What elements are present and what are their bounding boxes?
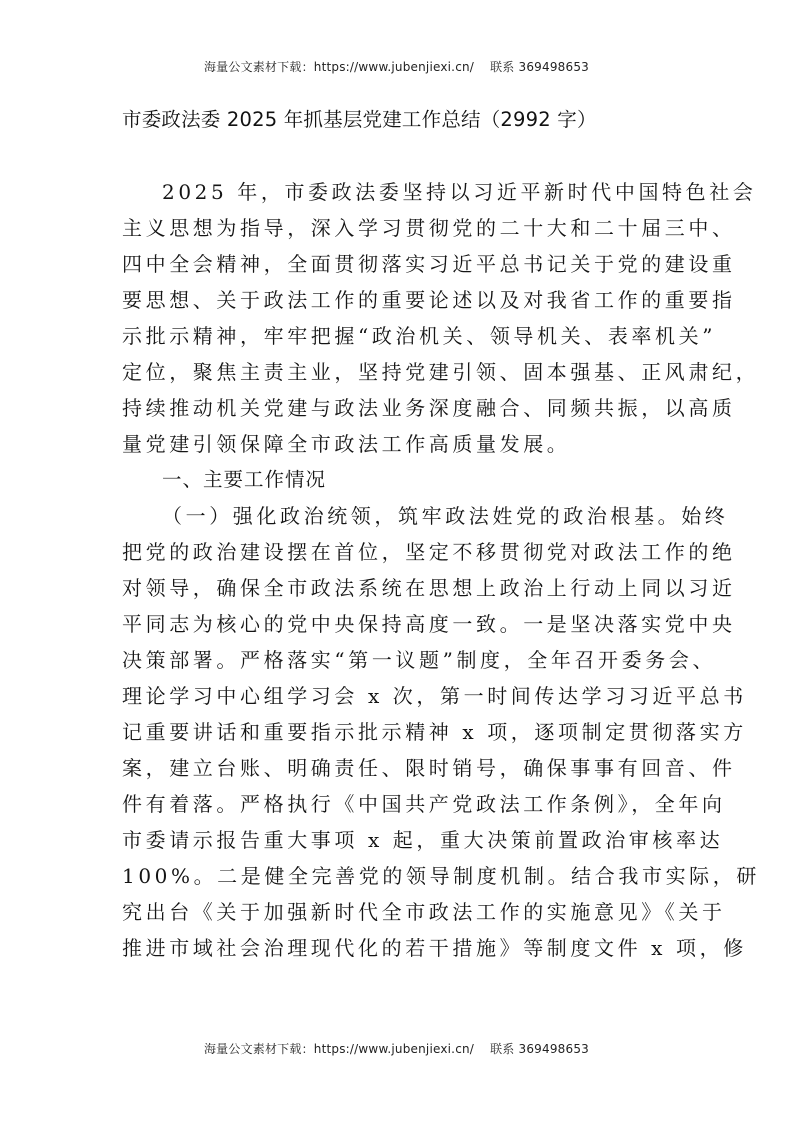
document-body: 2025 年，市委政法委坚持以习近平新时代中国特色社会 主义思想为指导，深入学习… (122, 174, 674, 966)
body-line: 究出台《关于加强新时代全市政法工作的实施意见》《关于 (122, 894, 674, 930)
body-line: 主义思想为指导，深入学习贯彻党的二十大和二十届三中、 (122, 210, 674, 246)
section-heading: 一、主要工作情况 (122, 462, 674, 498)
document-title: 市委政法委 2025 年抓基层党建工作总结（2992 字） (122, 104, 597, 132)
footer-contact-number: 369498653 (518, 1042, 589, 1056)
body-line: 案，建立台账、明确责任、限时销号，确保事事有回音、件 (122, 750, 674, 786)
body-line: （一）强化政治统领，筑牢政法姓党的政治根基。始终 (122, 498, 674, 534)
body-line: 100%。二是健全完善党的领导制度机制。结合我市实际，研 (122, 858, 674, 894)
body-line: 件有着落。严格执行《中国共产党政法工作条例》，全年向 (122, 786, 674, 822)
page-header: 海量公文素材下载：https://www.jubenjiexi.cn/联系 36… (0, 58, 793, 75)
body-line: 持续推动机关党建与政法业务深度融合、同频共振，以高质 (122, 390, 674, 426)
body-line: 市委请示报告重大事项 x 起，重大决策前置政治审核率达 (122, 822, 674, 858)
header-contact-number: 369498653 (518, 60, 589, 74)
header-contact-label: 联系 (490, 60, 514, 74)
body-line: 示批示精神，牢牢把握“政治机关、领导机关、表率机关” (122, 318, 674, 354)
body-line: 2025 年，市委政法委坚持以习近平新时代中国特色社会 (122, 174, 674, 210)
page-footer: 海量公文素材下载：https://www.jubenjiexi.cn/联系 36… (0, 1040, 793, 1057)
footer-contact-label: 联系 (490, 1042, 514, 1056)
body-line: 推进市域社会治理现代化的若干措施》等制度文件 x 项，修 (122, 930, 674, 966)
body-line: 对领导，确保全市政法系统在思想上政治上行动上同以习近 (122, 570, 674, 606)
footer-url-link[interactable]: https://www.jubenjiexi.cn/ (314, 1042, 474, 1056)
footer-label: 海量公文素材下载： (204, 1042, 314, 1056)
body-line: 要思想、关于政法工作的重要论述以及对我省工作的重要指 (122, 282, 674, 318)
header-url-link[interactable]: https://www.jubenjiexi.cn/ (314, 60, 474, 74)
header-label: 海量公文素材下载： (204, 60, 314, 74)
body-line: 定位，聚焦主责主业，坚持党建引领、固本强基、正风肃纪， (122, 354, 674, 390)
body-line: 决策部署。严格落实“第一议题”制度，全年召开委务会、 (122, 642, 674, 678)
body-line: 平同志为核心的党中央保持高度一致。一是坚决落实党中央 (122, 606, 674, 642)
body-line: 理论学习中心组学习会 x 次，第一时间传达学习习近平总书 (122, 678, 674, 714)
body-line: 四中全会精神，全面贯彻落实习近平总书记关于党的建设重 (122, 246, 674, 282)
body-line: 把党的政治建设摆在首位，坚定不移贯彻党对政法工作的绝 (122, 534, 674, 570)
body-line: 量党建引领保障全市政法工作高质量发展。 (122, 426, 674, 462)
body-line: 记重要讲话和重要指示批示精神 x 项，逐项制定贯彻落实方 (122, 714, 674, 750)
